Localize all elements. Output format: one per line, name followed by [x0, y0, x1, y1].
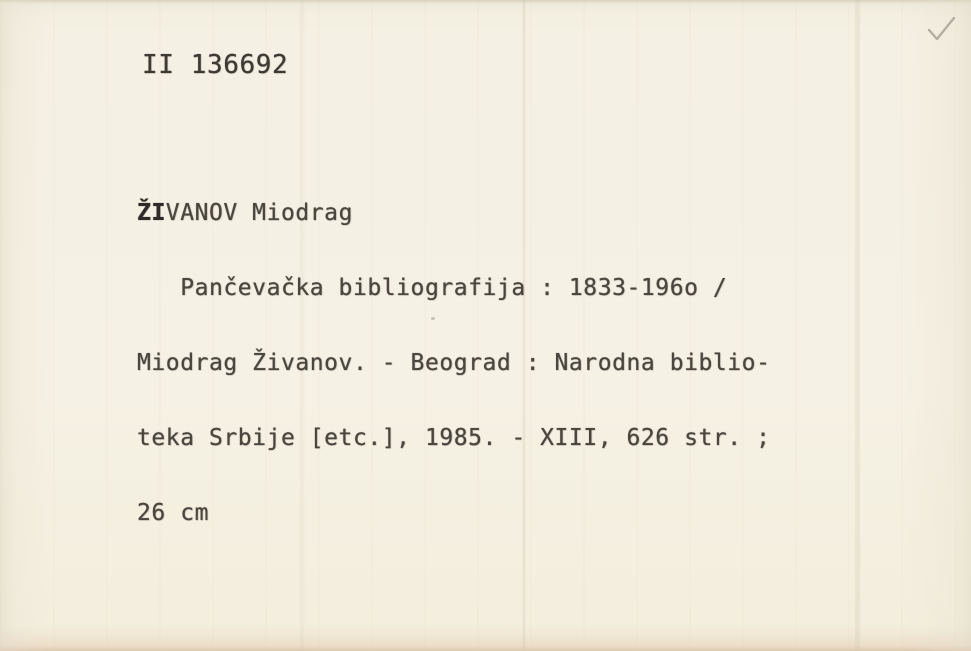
entry-line-size: 26 cm [137, 501, 770, 526]
entry-heading: ŽIVANOV Miodrag [137, 201, 770, 226]
scan-streak [855, 0, 860, 651]
entry-line-collation: teka Srbije [etc.], 1985. - XIII, 626 st… [137, 426, 770, 451]
catalog-entry: ŽIVANOV Miodrag Pančevačka bibliografija… [137, 151, 770, 576]
entry-line-title: Pančevačka bibliografija : 1833-196o / [137, 276, 770, 301]
heading-rest: VANOV Miodrag [166, 200, 353, 226]
heading-overstrike: ŽI [137, 200, 166, 226]
call-number: II 136692 [142, 52, 288, 79]
pencil-checkmark-icon [915, 10, 965, 50]
entry-line-publisher: Miodrag Živanov. - Beograd : Narodna bib… [137, 351, 770, 376]
catalog-card: II 136692 ŽIVANOV Miodrag Pančevačka bib… [0, 0, 971, 651]
paper-speck [431, 317, 435, 320]
